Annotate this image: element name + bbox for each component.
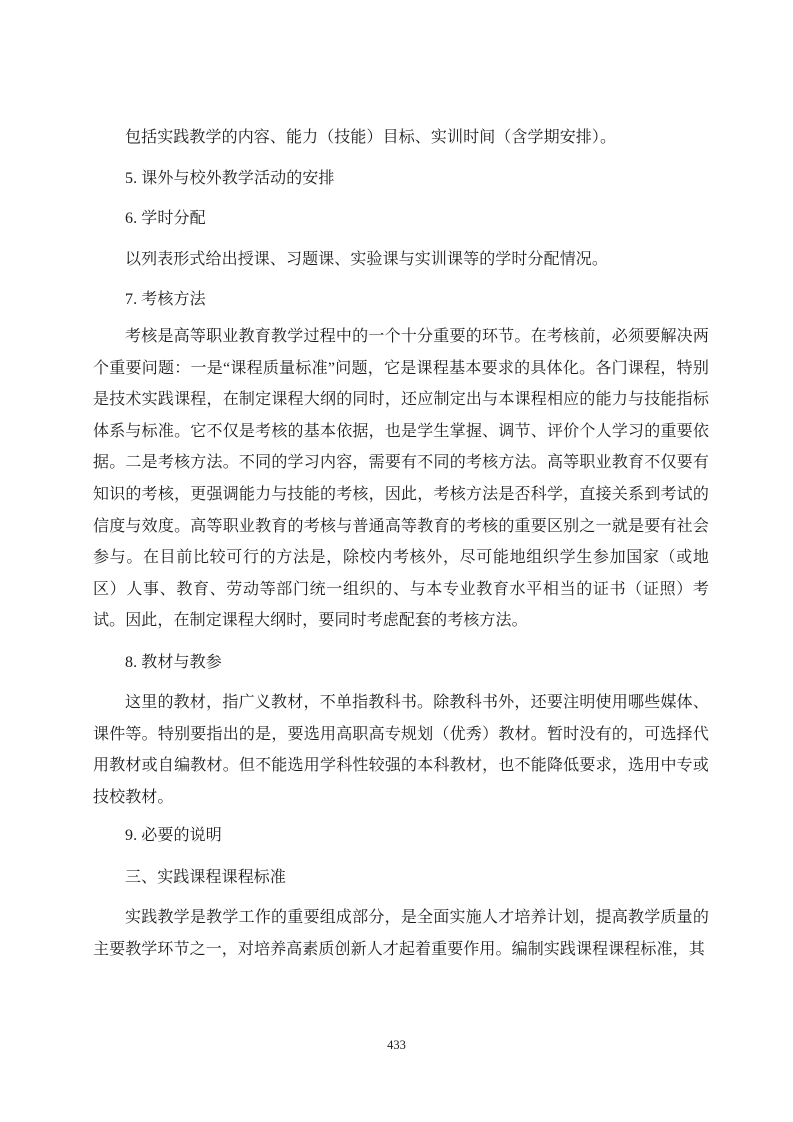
heading-text: 6. 学时分配 xyxy=(93,203,709,235)
heading-8-textbooks: 8. 教材与教参 xyxy=(93,647,709,679)
heading-5-extracurricular: 5. 课外与校外教学活动的安排 xyxy=(93,163,709,195)
heading-text: 三、实践课程课程标准 xyxy=(93,862,709,894)
paragraph-text: 以列表形式给出授课、习题课、实验课与实训课等的学时分配情况。 xyxy=(93,244,709,276)
document-page: 包括实践教学的内容、能力（技能）目标、实训时间（含学期安排）。 5. 课外与校外… xyxy=(0,0,793,1122)
paragraph-practice-content: 包括实践教学的内容、能力（技能）目标、实训时间（含学期安排）。 xyxy=(93,122,709,154)
heading-7-assessment-method: 7. 考核方法 xyxy=(93,284,709,316)
paragraph-text: 这里的教材，指广义教材，不单指教科书。除教科书外，还要注明使用哪些媒体、课件等。… xyxy=(93,687,709,813)
paragraph-text: 实践教学是教学工作的重要组成部分，是全面实施人才培养计划，提高教学质量的主要教学… xyxy=(93,902,709,965)
heading-9-necessary-notes: 9. 必要的说明 xyxy=(93,820,709,852)
heading-text: 7. 考核方法 xyxy=(93,284,709,316)
paragraph-textbooks: 这里的教材，指广义教材，不单指教科书。除教科书外，还要注明使用哪些媒体、课件等。… xyxy=(93,687,709,813)
paragraph-text: 考核是高等职业教育教学过程中的一个十分重要的环节。在考核前，必须要解决两个重要问… xyxy=(93,321,709,637)
page-number: 433 xyxy=(0,1037,793,1053)
paragraph-practice-teaching: 实践教学是教学工作的重要组成部分，是全面实施人才培养计划，提高教学质量的主要教学… xyxy=(93,902,709,965)
paragraph-text: 包括实践教学的内容、能力（技能）目标、实训时间（含学期安排）。 xyxy=(93,122,709,154)
heading-section-3-practice-course-standard: 三、实践课程课程标准 xyxy=(93,862,709,894)
heading-text: 8. 教材与教参 xyxy=(93,647,709,679)
heading-text: 9. 必要的说明 xyxy=(93,820,709,852)
heading-text: 5. 课外与校外教学活动的安排 xyxy=(93,163,709,195)
heading-6-hour-allocation: 6. 学时分配 xyxy=(93,203,709,235)
paragraph-hour-allocation: 以列表形式给出授课、习题课、实验课与实训课等的学时分配情况。 xyxy=(93,244,709,276)
paragraph-assessment: 考核是高等职业教育教学过程中的一个十分重要的环节。在考核前，必须要解决两个重要问… xyxy=(93,321,709,637)
